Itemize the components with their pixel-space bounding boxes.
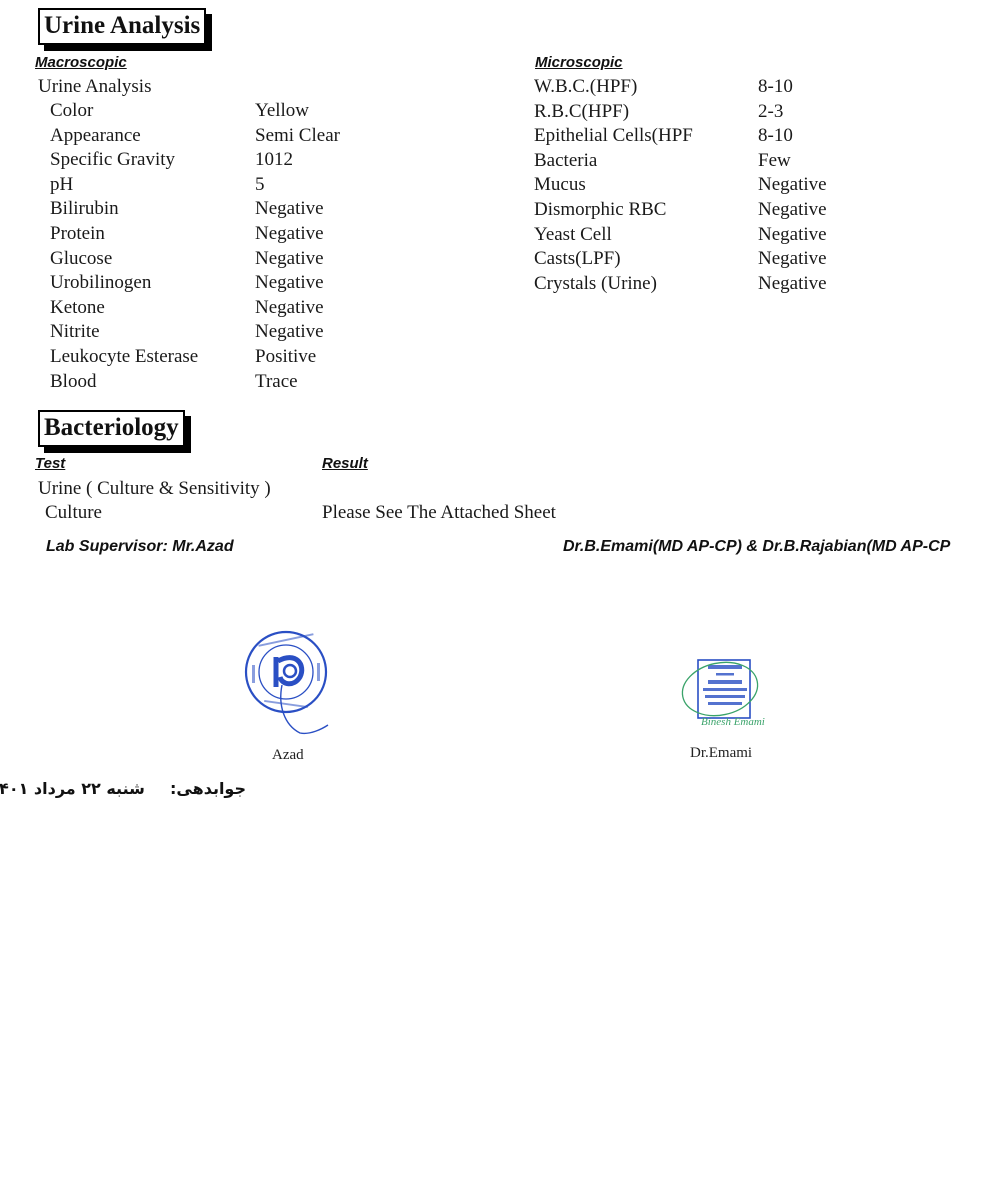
test-name: Bilirubin xyxy=(50,198,119,220)
test-result: 1012 xyxy=(255,149,293,171)
test-name: Specific Gravity xyxy=(50,149,175,171)
bacteriology-test-heading: Test xyxy=(35,455,65,473)
macroscopic-group-label: Urine Analysis xyxy=(38,76,151,98)
round-stamp-icon xyxy=(238,625,338,740)
test-result: 2-3 xyxy=(758,101,783,123)
test-result: 8-10 xyxy=(758,76,793,98)
test-result: Few xyxy=(758,150,791,172)
test-result: Positive xyxy=(255,346,316,368)
microscopic-heading: Microscopic xyxy=(535,54,623,72)
test-result: Negative xyxy=(255,297,324,319)
test-result: Yellow xyxy=(255,100,309,122)
macroscopic-heading: Macroscopic xyxy=(35,54,127,72)
test-name: Glucose xyxy=(50,248,112,270)
test-name: Ketone xyxy=(50,297,105,319)
test-name: Dismorphic RBC xyxy=(534,199,666,221)
test-result: Negative xyxy=(758,174,827,196)
response-date-label: جوابدهی: xyxy=(170,779,246,798)
handwritten-signature: Binesh Emami xyxy=(701,716,765,728)
test-result: Negative xyxy=(255,321,324,343)
test-result: Negative xyxy=(255,223,324,245)
test-result: Negative xyxy=(255,248,324,270)
test-result: 8-10 xyxy=(758,125,793,147)
test-name: Epithelial Cells(HPF xyxy=(534,125,693,147)
response-date-value: شنبه ۲۲ مرداد ۱۴۰۱ xyxy=(0,779,145,798)
stamp-right-name: Dr.Emami xyxy=(690,744,752,762)
test-name: Protein xyxy=(50,223,105,245)
test-name: Crystals (Urine) xyxy=(534,273,657,295)
test-result: Negative xyxy=(758,248,827,270)
test-name: Mucus xyxy=(534,174,586,196)
test-result: Negative xyxy=(255,272,324,294)
test-result: Negative xyxy=(255,198,324,220)
test-name: W.B.C.(HPF) xyxy=(534,76,637,98)
test-name: R.B.C(HPF) xyxy=(534,101,629,123)
test-name: Culture xyxy=(45,502,102,524)
response-date: جوابدهی: شنبه ۲۲ مرداد ۱۴۰۱ xyxy=(0,779,246,798)
test-result: Semi Clear xyxy=(255,125,340,147)
section-title-urine-analysis: Urine Analysis xyxy=(38,8,206,45)
test-result: Negative xyxy=(758,224,827,246)
test-result: 5 xyxy=(255,174,265,196)
test-name: Leukocyte Esterase xyxy=(50,346,198,368)
stamp-left-name: Azad xyxy=(272,746,304,764)
section-title-bacteriology: Bacteriology xyxy=(38,410,185,447)
test-name: Yeast Cell xyxy=(534,224,612,246)
lab-supervisor: Lab Supervisor: Mr.Azad xyxy=(46,537,234,557)
test-name: Nitrite xyxy=(50,321,100,343)
test-name: Casts(LPF) xyxy=(534,248,621,270)
test-result: Negative xyxy=(758,199,827,221)
test-name: Blood xyxy=(50,371,96,393)
test-result: Negative xyxy=(758,273,827,295)
bacteriology-group-label: Urine ( Culture & Sensitivity ) xyxy=(38,478,271,500)
test-name: Bacteria xyxy=(534,150,597,172)
pathologists: Dr.B.Emami(MD AP-CP) & Dr.B.Rajabian(MD … xyxy=(563,537,950,557)
test-name: Appearance xyxy=(50,125,141,147)
bacteriology-result-heading: Result xyxy=(322,455,368,473)
test-name: pH xyxy=(50,174,73,196)
test-name: Urobilinogen xyxy=(50,272,151,294)
test-name: Color xyxy=(50,100,93,122)
rectangular-stamp-icon: Binesh Emami xyxy=(678,655,768,730)
test-result: Please See The Attached Sheet xyxy=(322,502,556,524)
test-result: Trace xyxy=(255,371,298,393)
